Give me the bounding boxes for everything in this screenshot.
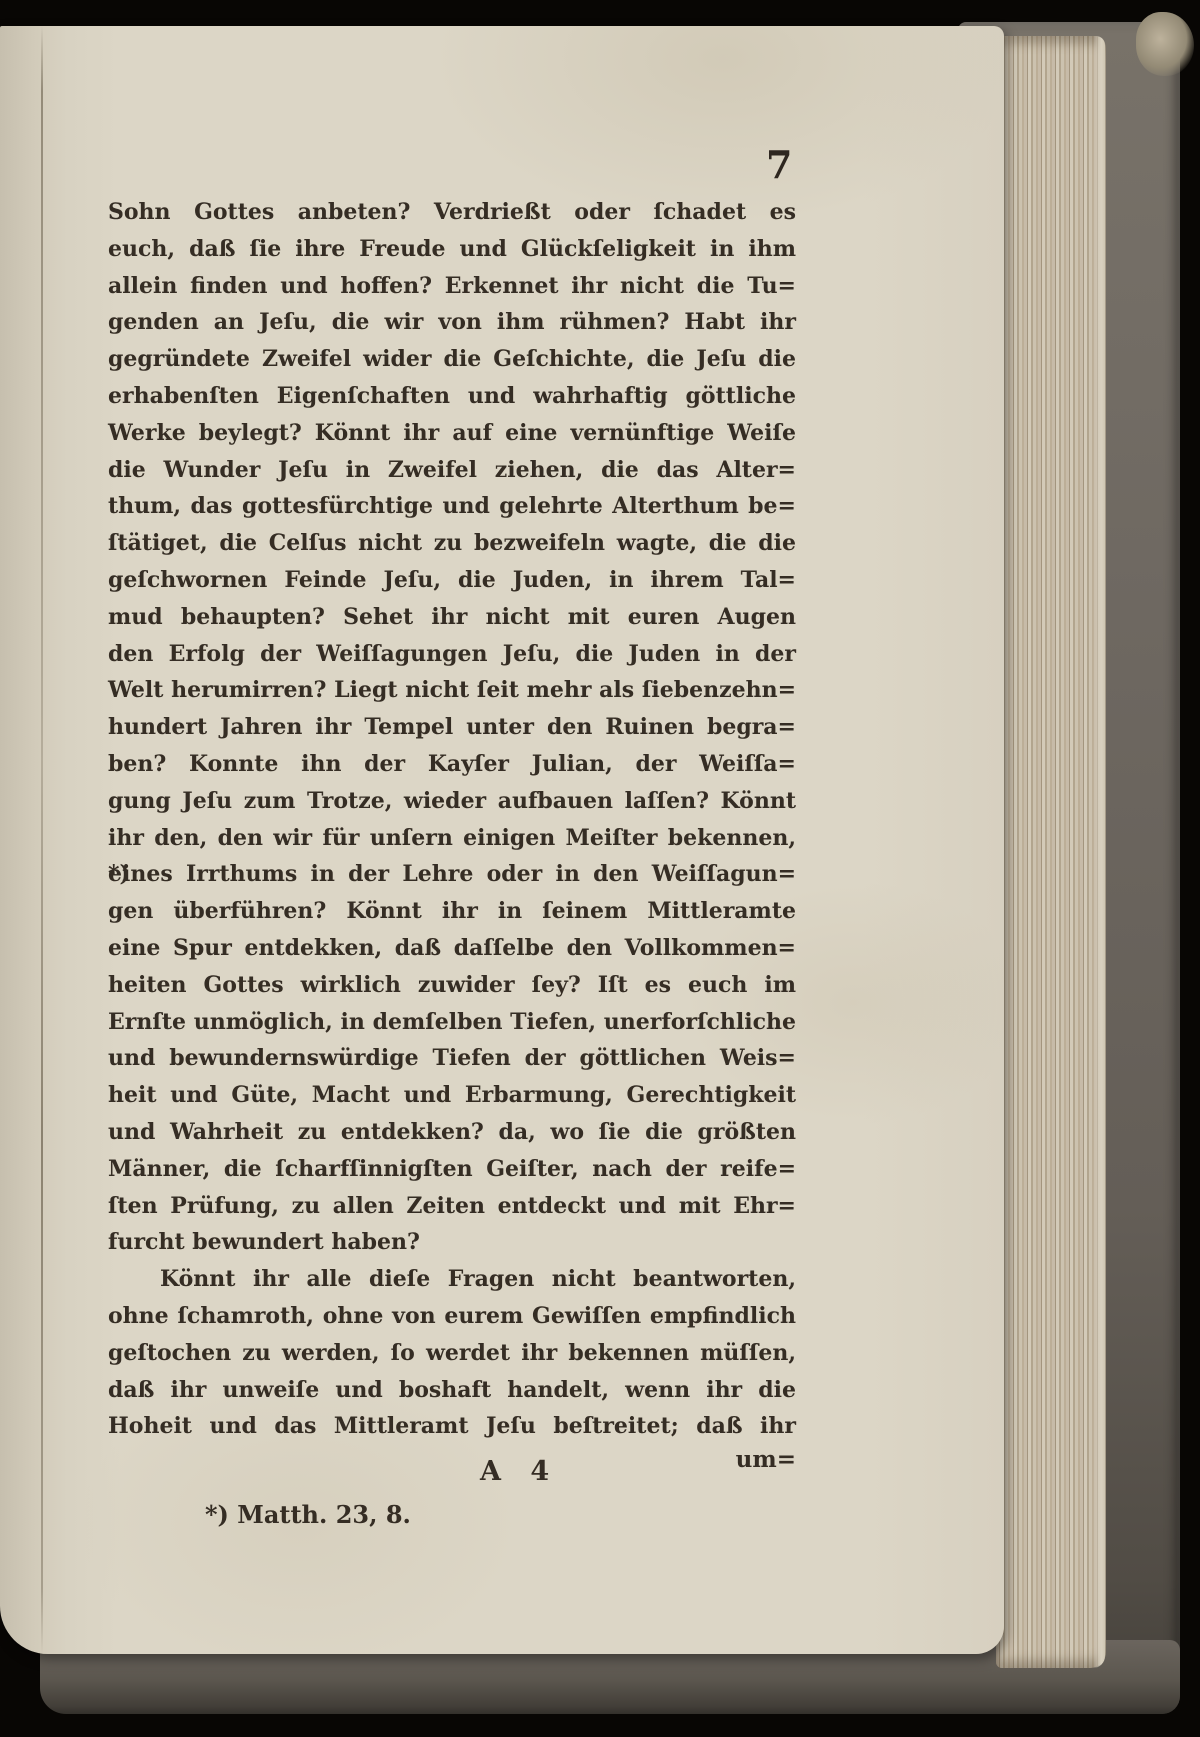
text-line: geſchwornen Feinde Jeſu, die Juden, in i… <box>108 562 796 599</box>
text-line: ſten Prüfung, zu allen Zeiten entdeckt u… <box>108 1188 796 1225</box>
text-line: eine Spur entdekken, daß daſſelbe den Vo… <box>108 930 796 967</box>
book-page: 7 Sohn Gottes anbeten? Verdrießt oder ſc… <box>0 26 1004 1654</box>
text-line: gen überführen? Könnt ihr in ſeinem Mitt… <box>108 893 796 930</box>
body-text: Sohn Gottes anbeten? Verdrießt oder ſcha… <box>108 194 796 1445</box>
text-line: und bewundernswürdige Tiefen der göttlic… <box>108 1040 796 1077</box>
text-line: ſtätiget, die Celſus nicht zu bezweifeln… <box>108 525 796 562</box>
text-line: Könnt ihr alle dieſe Fragen nicht beantw… <box>108 1261 796 1298</box>
text-line: heiten Gottes wirklich zuwider ſey? Iſt … <box>108 967 796 1004</box>
text-line: genden an Jeſu, die wir von ihm rühmen? … <box>108 304 796 341</box>
text-line: Männer, die ſcharfſinnigſten Geiſter, na… <box>108 1151 796 1188</box>
text-line: ben? Konnte ihn der Kayſer Julian, der W… <box>108 746 796 783</box>
signature-mark: A 4 <box>480 1456 559 1487</box>
text-line: hundert Jahren ihr Tempel unter den Ruin… <box>108 709 796 746</box>
text-line: Sohn Gottes anbeten? Verdrießt oder ſcha… <box>108 194 796 231</box>
gutter-crease <box>41 26 43 1654</box>
text-line: daß ihr unweiſe und boshaft handelt, wen… <box>108 1372 796 1409</box>
text-line: euch, daß ſie ihre Freude und Glückſelig… <box>108 231 796 268</box>
text-line: und Wahrheit zu entdekken? da, wo ſie di… <box>108 1114 796 1151</box>
text-line: Welt herumirren? Liegt nicht ſeit mehr a… <box>108 672 796 709</box>
text-line: ihr den, den wir für unſern einigen Meiſ… <box>108 820 796 857</box>
text-line: Ernſte unmöglich, in demſelben Tiefen, u… <box>108 1004 796 1041</box>
cover-corner-wear <box>1136 12 1194 76</box>
text-line: allein finden und hoffen? Erkennet ihr n… <box>108 268 796 305</box>
footnote: *) Matth. 23, 8. <box>205 1500 411 1529</box>
text-line: Werke beylegt? Könnt ihr auf eine vernün… <box>108 415 796 452</box>
text-line: gegründete Zweifel wider die Geſchichte,… <box>108 341 796 378</box>
page-number: 7 <box>766 142 826 187</box>
text-line: furcht bewundert haben? <box>108 1224 796 1261</box>
text-line: erhabenſten Eigenſchaften und wahrhaftig… <box>108 378 796 415</box>
photo-background: 7 Sohn Gottes anbeten? Verdrießt oder ſc… <box>0 0 1200 1737</box>
text-line: Hoheit und das Mittleramt Jeſu beſtreite… <box>108 1408 796 1445</box>
catchword: um= <box>736 1446 796 1473</box>
text-line: den Erfolg der Weiſſagungen Jeſu, die Ju… <box>108 636 796 673</box>
text-line: geſtochen zu werden, ſo werdet ihr beken… <box>108 1335 796 1372</box>
signature-row: A 4 um= <box>108 1450 796 1496</box>
text-line: gung Jeſu zum Trotze, wieder aufbauen la… <box>108 783 796 820</box>
text-line: heit und Güte, Macht und Erbarmung, Gere… <box>108 1077 796 1114</box>
text-line: ohne ſchamroth, ohne von eurem Gewiſſen … <box>108 1298 796 1335</box>
text-line: thum, das gottesfürchtige und gelehrte A… <box>108 488 796 525</box>
text-line: eines Irrthums in der Lehre oder in den … <box>108 856 796 893</box>
text-line: die Wunder Jeſu in Zweifel ziehen, die d… <box>108 452 796 489</box>
text-line: mud behaupten? Sehet ihr nicht mit euren… <box>108 599 796 636</box>
page-edges-fore-edge <box>996 36 1106 1668</box>
